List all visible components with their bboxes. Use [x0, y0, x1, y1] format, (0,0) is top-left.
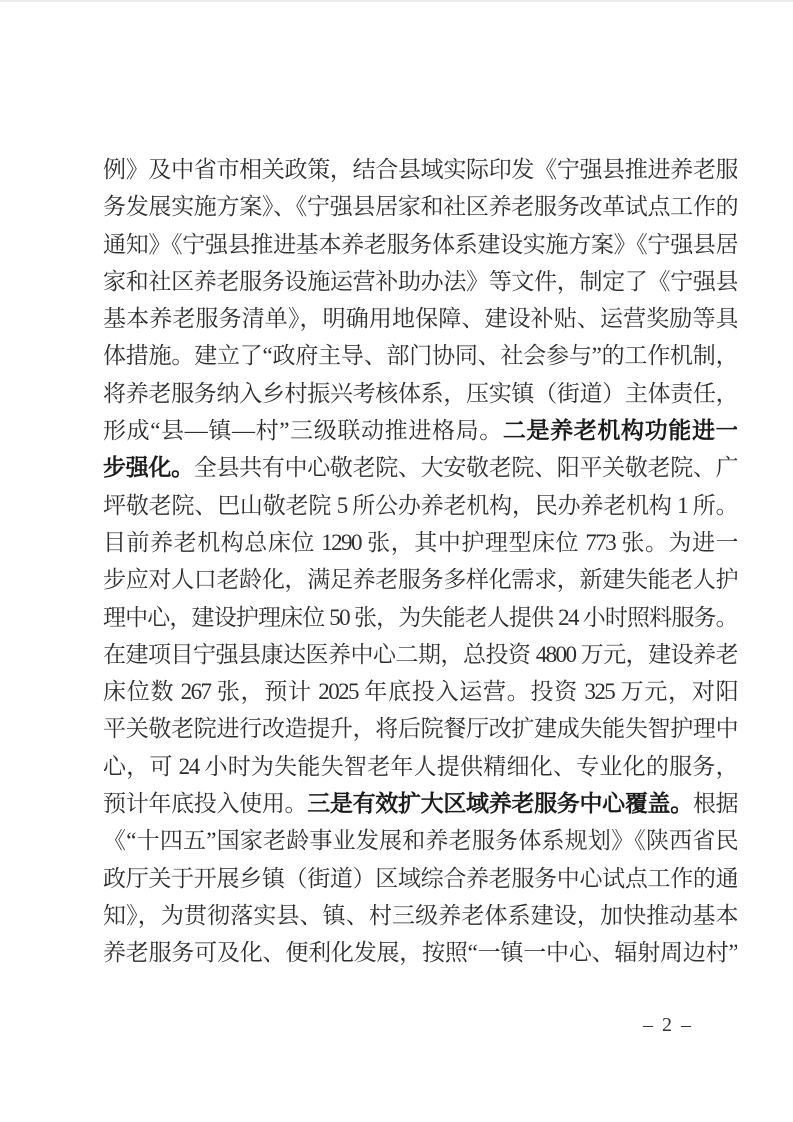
text-segment: 《“十四五”国家老龄事业发展和养老服务体系规划》《陕西省民 — [103, 828, 737, 853]
text-line: 政厅关于开展乡镇（街道）区域综合养老服务中心试点工作的通 — [103, 860, 737, 897]
text-segment: 全县共有中心敬老院、大安敬老院、阳平关敬老院、广 — [194, 455, 737, 480]
text-segment: 知》，为贯彻落实县、镇、村三级养老体系建设，加快推动基本 — [103, 903, 737, 928]
text-line: 将养老服务纳入乡村振兴考核体系，压实镇（街道）主体责任， — [103, 375, 737, 412]
text-segment: 根据 — [693, 791, 737, 816]
text-line: 形成“县—镇—村”三级联动推进格局。二是养老机构功能进一 — [103, 412, 737, 449]
text-segment: 形成“县—镇—村”三级联动推进格局。 — [103, 418, 503, 443]
text-line: 例》及中省市相关政策，结合县域实际印发《宁强县推进养老服 — [103, 151, 737, 188]
text-segment: 步应对人口老龄化，满足养老服务多样化需求，新建失能老人护 — [103, 567, 737, 592]
text-line: 《“十四五”国家老龄事业发展和养老服务体系规划》《陕西省民 — [103, 822, 737, 859]
text-segment: 政厅关于开展乡镇（街道）区域综合养老服务中心试点工作的通 — [103, 866, 737, 891]
text-line: 坪敬老院、巴山敬老院 5 所公办养老机构，民办养老机构 1 所。 — [103, 487, 737, 524]
bold-heading-segment: 步强化。 — [103, 455, 194, 480]
text-segment: 例》及中省市相关政策，结合县域实际印发《宁强县推进养老服 — [103, 157, 737, 182]
text-segment: 将养老服务纳入乡村振兴考核体系，压实镇（街道）主体责任， — [103, 381, 737, 406]
bold-heading-segment: 二是养老机构功能进一 — [503, 418, 737, 443]
text-line: 步强化。全县共有中心敬老院、大安敬老院、阳平关敬老院、广 — [103, 449, 737, 486]
text-line: 平关敬老院进行改造提升，将后院餐厅改扩建成失能失智护理中 — [103, 710, 737, 747]
text-line: 预计年底投入使用。三是有效扩大区域养老服务中心覆盖。根据 — [103, 785, 737, 822]
text-segment: 预计年底投入使用。 — [103, 791, 307, 816]
text-segment: 平关敬老院进行改造提升，将后院餐厅改扩建成失能失智护理中 — [103, 716, 737, 741]
page-number: – 2 – — [643, 1012, 693, 1038]
text-segment: 养老服务可及化、便利化发展，按照“一镇一中心、辐射周边村” — [103, 940, 737, 965]
text-line: 体措施。建立了“政府主导、部门协同、社会参与”的工作机制， — [103, 337, 737, 374]
text-line: 床位数 267 张，预计 2025 年底投入运营。投资 325 万元，对阳 — [103, 673, 737, 710]
text-segment: 家和社区养老服务设施运营补助办法》等文件，制定了《宁强县 — [103, 269, 737, 294]
text-line: 步应对人口老龄化，满足养老服务多样化需求，新建失能老人护 — [103, 561, 737, 598]
text-segment: 床位数 267 张，预计 2025 年底投入运营。投资 325 万元，对阳 — [103, 679, 737, 704]
text-segment: 目前养老机构总床位 1290 张，其中护理型床位 773 张。为进一 — [103, 530, 737, 555]
text-line: 在建项目宁强县康达医养中心二期，总投资 4800 万元，建设养老 — [103, 636, 737, 673]
text-segment: 坪敬老院、巴山敬老院 5 所公办养老机构，民办养老机构 1 所。 — [103, 493, 737, 518]
document-body-text: 例》及中省市相关政策，结合县域实际印发《宁强县推进养老服 务发展实施方案》、《宁… — [103, 151, 737, 972]
scan-edge-line — [0, 0, 793, 2]
text-line: 目前养老机构总床位 1290 张，其中护理型床位 773 张。为进一 — [103, 524, 737, 561]
bold-heading-segment: 三是有效扩大区域养老服务中心覆盖。 — [307, 791, 693, 816]
text-line: 务发展实施方案》、《宁强县居家和社区养老服务改革试点工作的 — [103, 188, 737, 225]
text-segment: 理中心，建设护理床位 50 张，为失能老人提供 24 小时照料服务。 — [103, 605, 737, 630]
text-line: 基本养老服务清单》，明确用地保障、建设补贴、运营奖励等具 — [103, 300, 737, 337]
document-page: 例》及中省市相关政策，结合县域实际印发《宁强县推进养老服 务发展实施方案》、《宁… — [0, 0, 793, 1122]
text-segment: 通知》《宁强县推进基本养老服务体系建设实施方案》《宁强县居 — [103, 232, 737, 257]
text-segment: 体措施。建立了“政府主导、部门协同、社会参与”的工作机制， — [103, 343, 737, 368]
text-line: 养老服务可及化、便利化发展，按照“一镇一中心、辐射周边村” — [103, 934, 737, 971]
text-line: 知》，为贯彻落实县、镇、村三级养老体系建设，加快推动基本 — [103, 897, 737, 934]
text-line: 心，可 24 小时为失能失智老年人提供精细化、专业化的服务， — [103, 748, 737, 785]
text-segment: 心，可 24 小时为失能失智老年人提供精细化、专业化的服务， — [103, 754, 737, 779]
text-segment: 务发展实施方案》、《宁强县居家和社区养老服务改革试点工作的 — [103, 194, 737, 219]
text-line: 通知》《宁强县推进基本养老服务体系建设实施方案》《宁强县居 — [103, 226, 737, 263]
text-line: 家和社区养老服务设施运营补助办法》等文件，制定了《宁强县 — [103, 263, 737, 300]
text-line: 理中心，建设护理床位 50 张，为失能老人提供 24 小时照料服务。 — [103, 599, 737, 636]
text-segment: 基本养老服务清单》，明确用地保障、建设补贴、运营奖励等具 — [103, 306, 737, 331]
text-segment: 在建项目宁强县康达医养中心二期，总投资 4800 万元，建设养老 — [103, 642, 737, 667]
